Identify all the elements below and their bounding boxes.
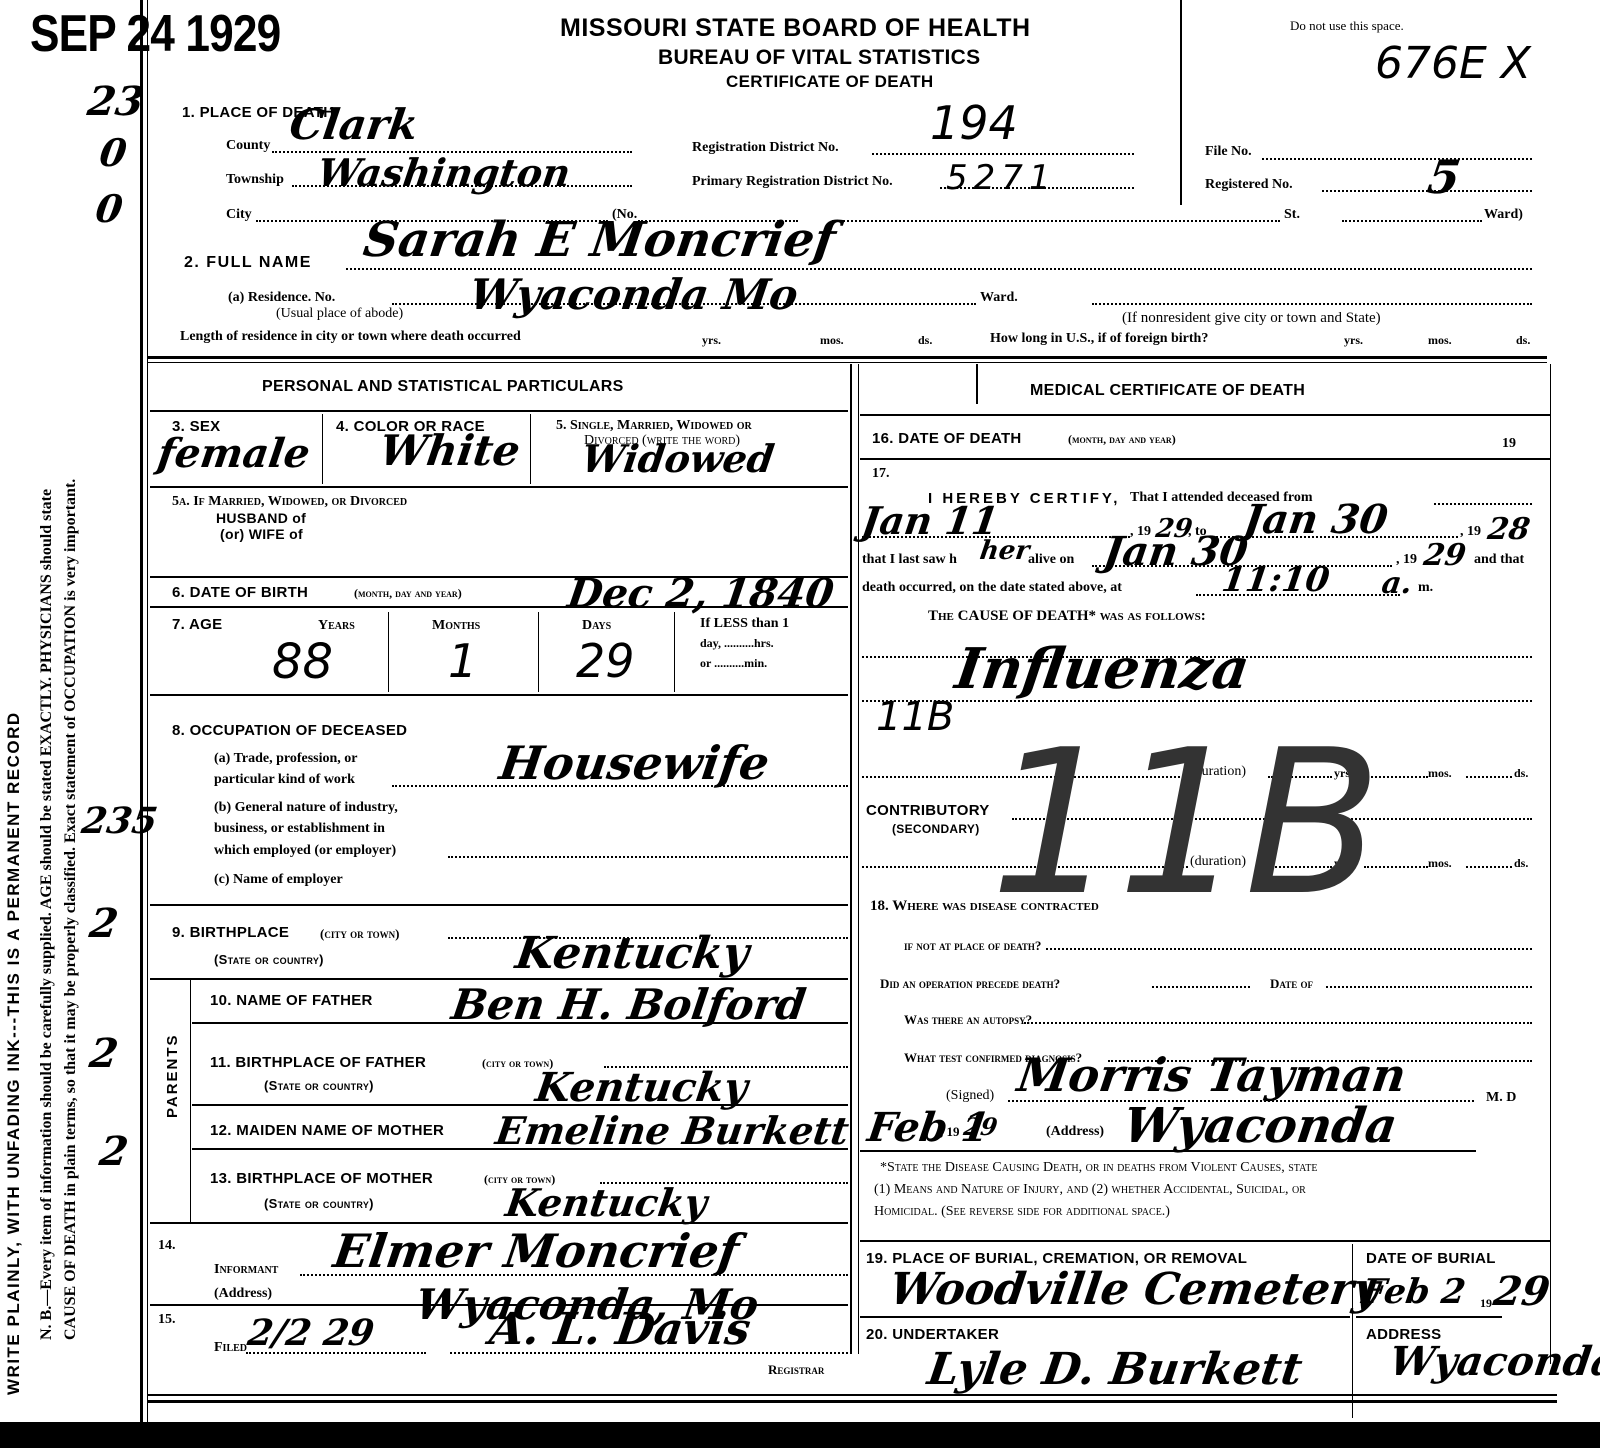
mother-birthplace-value: Kentucky: [503, 1180, 710, 1225]
age-days-value: 29: [576, 634, 635, 688]
duration-mos-label-2: mos.: [1428, 856, 1452, 871]
section-divider: [147, 356, 1547, 359]
registration-district-label: Registration District No.: [692, 140, 839, 156]
column-divider: [850, 364, 852, 1354]
rule: [860, 1150, 1476, 1152]
rule: [192, 1148, 848, 1150]
operation-date-field[interactable]: [1326, 986, 1532, 988]
ward-field[interactable]: [1342, 220, 1482, 222]
registrar-signature: A. L. Davis: [486, 1304, 753, 1355]
death-certificate: WRITE PLAINLY, WITH UNFADING INK---THIS …: [0, 0, 1600, 1422]
margin-note: 2: [87, 1030, 121, 1077]
rule: [388, 612, 389, 692]
county-value: Clark: [287, 100, 422, 149]
age-label: 7. AGE: [172, 616, 222, 633]
registered-no-value: 5: [1424, 150, 1464, 204]
foreign-yrs-label: yrs.: [1344, 333, 1363, 348]
residence-ward-label: Ward.: [980, 290, 1018, 306]
margin-note: 2: [87, 900, 121, 947]
contributory-label: CONTRIBUTORY: [866, 802, 990, 819]
township-value: Washington: [315, 150, 574, 195]
rule: [150, 486, 848, 488]
rule: [190, 980, 191, 1222]
residence-sublabel: (Usual place of abode): [276, 306, 403, 322]
undertaker-value: Lyle D. Burkett: [924, 1344, 1305, 1395]
occupation-industry-field[interactable]: [448, 856, 848, 858]
duration-ds-label: ds.: [1514, 766, 1528, 781]
physician-address-value: Wyaconda: [1120, 1098, 1401, 1154]
occupation-trade-value: Housewife: [496, 736, 772, 790]
length-yrs-label: yrs.: [702, 333, 721, 348]
file-no-label: File No.: [1205, 144, 1252, 160]
occupation-a-label-1: (a) Trade, profession, or: [214, 751, 358, 767]
age-months-label: Months: [432, 618, 480, 634]
duration-days-field[interactable]: [1466, 776, 1512, 778]
margin-note: 23: [85, 78, 147, 125]
am-pm-value: a.: [1380, 566, 1415, 601]
scan-border: [0, 1422, 1600, 1448]
attended-from-value: Jan 11: [859, 498, 1002, 543]
rule: [530, 414, 531, 484]
rule: [976, 364, 978, 404]
rule: [538, 612, 539, 692]
township-label: Township: [226, 172, 284, 188]
occupation-employer-label: (c) Name of employer: [214, 872, 343, 888]
where-contracted-label: 18. Where was disease contracted: [870, 898, 1099, 915]
informant-number: 14.: [158, 1238, 176, 1254]
rule: [192, 1022, 848, 1024]
mother-name-value: Emeline Burkett: [493, 1108, 852, 1153]
father-state-label: (State or country): [264, 1078, 374, 1093]
footnote-line-1: *State the Disease Causing Death, or in …: [880, 1160, 1317, 1176]
alive-on-label: alive on: [1028, 552, 1074, 568]
rule: [860, 1240, 1550, 1242]
birthplace-state-label: (State or country): [214, 952, 324, 967]
date-of-death-label: 16. DATE OF DEATH: [872, 430, 1022, 447]
attended-from-field[interactable]: [1434, 503, 1532, 505]
occupation-a-label-2: particular kind of work: [214, 772, 355, 788]
rule: [150, 410, 848, 412]
instructions-line-2: CAUSE OF DEATH in plain terms, so that i…: [62, 479, 80, 1340]
autopsy-label: Was there an autopsy?: [904, 1012, 1032, 1028]
nonresident-note: (If nonresident give city or town and St…: [1122, 310, 1381, 327]
form-left-border: [140, 0, 143, 1422]
duration-mos-label: mos.: [1428, 766, 1452, 781]
form-left-border-inner: [147, 0, 148, 1422]
permanent-record-notice: WRITE PLAINLY, WITH UNFADING INK---THIS …: [4, 711, 24, 1395]
and-that-label: and that: [1474, 552, 1524, 568]
registration-district-field[interactable]: [872, 153, 1134, 155]
ward-label: Ward): [1484, 207, 1523, 223]
attended-to-value: Jan 30: [1241, 496, 1391, 543]
instructions-line-1: N. B.—Every item of information should b…: [38, 489, 56, 1340]
received-date-stamp: SEP 24 1929: [30, 4, 280, 64]
date-of-birth-value: Dec 2, 1840: [565, 570, 837, 617]
office-use-notice: Do not use this space.: [1290, 18, 1404, 34]
date-signed-year: 29: [962, 1112, 999, 1141]
birthplace-sublabel: (city or town): [320, 926, 400, 942]
time-of-death-value: 11:10: [1219, 560, 1332, 600]
where-contracted-field[interactable]: [1046, 948, 1532, 950]
rule: [1356, 1316, 1502, 1318]
full-name-value: Sarah E Moncrief: [360, 212, 839, 268]
primary-registration-value: 5271: [946, 158, 1057, 198]
rule: [192, 1104, 848, 1106]
rule: [860, 1316, 1350, 1318]
informant-label: Informant: [214, 1262, 278, 1278]
burial-date-value: Feb 2: [1359, 1272, 1468, 1312]
less-than-day-label: If LESS than 1: [700, 616, 789, 632]
circled-cause-code-stamp: 11B: [990, 724, 1382, 924]
county-label: County: [226, 138, 270, 154]
mother-birthplace-label: 13. BIRTHPLACE OF MOTHER: [210, 1170, 433, 1187]
cause-of-death-value: Influenza: [951, 636, 1253, 702]
certificate-title: CERTIFICATE OF DEATH: [726, 72, 933, 92]
rule: [150, 694, 848, 696]
meridiem-label: m.: [1418, 580, 1433, 596]
age-years-label: Years: [318, 618, 355, 634]
length-mos-label: mos.: [820, 333, 844, 348]
last-saw-pronoun: her: [978, 536, 1031, 566]
personal-section-title: PERSONAL AND STATISTICAL PARTICULARS: [262, 378, 624, 396]
duration-days-field-2[interactable]: [1466, 866, 1512, 868]
attended-to-year: 28: [1486, 512, 1533, 547]
form-bottom-rule: [147, 1394, 1557, 1396]
mother-state-label: (State or country): [264, 1196, 374, 1211]
registrar-label: Registrar: [768, 1362, 824, 1378]
age-days-label: Days: [582, 618, 611, 634]
margin-note: 0: [93, 186, 126, 231]
birthplace-label: 9. BIRTHPLACE: [172, 924, 289, 941]
father-birthplace-label: 11. BIRTHPLACE OF FATHER: [210, 1054, 426, 1071]
city-label: City: [226, 207, 252, 223]
registered-no-label: Registered No.: [1205, 177, 1293, 193]
mother-name-label: 12. MAIDEN NAME OF MOTHER: [210, 1122, 444, 1139]
section-divider-thin: [147, 362, 1547, 363]
last-saw-year: 29: [1422, 538, 1469, 573]
sex-value: female: [155, 430, 313, 477]
office-box-divider: [1180, 0, 1182, 205]
marital-status-label: 5. Single, Married, Widowed or: [556, 418, 752, 434]
margin-note: 0: [97, 130, 130, 175]
burial-year-prefix: 19: [1480, 1296, 1492, 1311]
foreign-ds-label: ds.: [1516, 333, 1530, 348]
filed-date-value: 2/2 29: [245, 1312, 377, 1354]
footnote-line-2: (1) Means and Nature of Injury, and (2) …: [874, 1182, 1306, 1198]
birthplace-value: Kentucky: [512, 928, 752, 979]
age-months-value: 1: [448, 634, 477, 688]
marital-status-value: Widowed: [579, 436, 777, 481]
signed-label: (Signed): [946, 1088, 994, 1104]
cause-of-death-label: The CAUSE OF DEATH* was as follows:: [928, 608, 1206, 625]
spouse-label: 5a. If Married, Widowed, or Divorced: [172, 494, 407, 510]
length-ds-label: ds.: [918, 333, 932, 348]
bureau-title: BUREAU OF VITAL STATISTICS: [658, 46, 980, 70]
last-saw-label: that I last saw h: [862, 552, 957, 568]
less-minutes-label: or ..........min.: [700, 656, 767, 671]
informant-value: Elmer Moncrief: [330, 1224, 742, 1278]
date-of-birth-sublabel: (month, day and year): [354, 586, 462, 601]
full-name-label: 2. FULL NAME: [184, 254, 312, 272]
rule: [860, 458, 1550, 460]
foreign-mos-label: mos.: [1428, 333, 1452, 348]
wife-of-label: (or) WIFE of: [220, 526, 303, 542]
nonresident-field[interactable]: [1092, 303, 1532, 305]
primary-registration-label: Primary Registration District No.: [692, 174, 893, 190]
operation-label: Did an operation precede death?: [880, 976, 1060, 992]
if-not-at-place-label: if not at place of death?: [904, 938, 1041, 954]
date-of-death-year-prefix: 19: [1502, 436, 1516, 452]
occupation-b-label-2: business, or establishment in: [214, 821, 385, 837]
physician-address-label: (Address): [1046, 1124, 1104, 1140]
filed-label: Filed: [214, 1340, 247, 1356]
contributory-sublabel: (SECONDARY): [892, 822, 980, 836]
autopsy-field[interactable]: [1024, 1022, 1532, 1024]
operation-date-label: Date of: [1270, 976, 1313, 992]
rule: [322, 414, 323, 484]
occupation-b-label-1: (b) General nature of industry,: [214, 800, 398, 816]
board-title: MISSOURI STATE BOARD OF HEALTH: [560, 14, 1031, 43]
rule: [860, 414, 1550, 416]
informant-address-label: (Address): [214, 1286, 272, 1302]
rule: [150, 606, 848, 608]
footnote-line-3: Homicidal. (See reverse side for additio…: [874, 1204, 1170, 1220]
medical-section-title: MEDICAL CERTIFICATE OF DEATH: [1030, 382, 1305, 400]
filed-number: 15.: [158, 1312, 176, 1328]
parents-side-label: PARENTS: [164, 1033, 181, 1118]
foreign-birth-label: How long in U.S., if of foreign birth?: [990, 331, 1208, 347]
certify-number: 17.: [872, 466, 890, 482]
father-name-label: 10. NAME OF FATHER: [210, 992, 373, 1009]
cause-line-2[interactable]: [862, 700, 1532, 702]
burial-year-value: 29: [1491, 1268, 1553, 1315]
md-label: M. D: [1486, 1090, 1516, 1106]
date-of-birth-label: 6. DATE OF BIRTH: [172, 584, 308, 601]
rule: [150, 904, 848, 906]
occupation-b-label-3: which employed (or employer): [214, 843, 396, 859]
occupation-label: 8. OCCUPATION OF DECEASED: [172, 722, 407, 739]
street-label: St.: [1284, 207, 1300, 223]
residence-label: (a) Residence. No.: [228, 290, 335, 306]
office-code: 676E X: [1375, 38, 1531, 89]
less-hours-label: day, ..........hrs.: [700, 636, 774, 651]
burial-date-label: DATE OF BURIAL: [1366, 1250, 1496, 1267]
registration-district-value: 194: [930, 96, 1018, 150]
age-years-value: 88: [272, 634, 333, 690]
undertaker-address-value: Wyaconda Mo: [1387, 1338, 1600, 1385]
margin-note: 2: [97, 1128, 131, 1175]
undertaker-label: 20. UNDERTAKER: [866, 1326, 999, 1343]
burial-place-value: Woodville Cemetery: [886, 1264, 1382, 1315]
file-no-field[interactable]: [1262, 158, 1532, 160]
form-right-border: [1550, 364, 1551, 1364]
rule: [674, 612, 675, 692]
death-occurred-label: death occurred, on the date stated above…: [862, 580, 1122, 596]
form-bottom-rule-thick: [147, 1400, 1557, 1403]
length-of-residence-label: Length of residence in city or town wher…: [180, 329, 521, 345]
date-signed-year-prefix: , 19: [940, 1124, 960, 1140]
operation-field[interactable]: [1152, 986, 1250, 988]
duration-ds-label-2: ds.: [1514, 856, 1528, 871]
street-field[interactable]: [832, 220, 1280, 222]
date-of-death-sublabel: (month, day and year): [1068, 432, 1176, 447]
husband-of-label: HUSBAND of: [216, 510, 306, 526]
residence-value: Wyaconda Mo: [467, 270, 802, 319]
physician-signature: Morris Tayman: [1014, 1048, 1409, 1102]
race-value: White: [377, 426, 524, 475]
column-divider-thin: [858, 364, 859, 1354]
